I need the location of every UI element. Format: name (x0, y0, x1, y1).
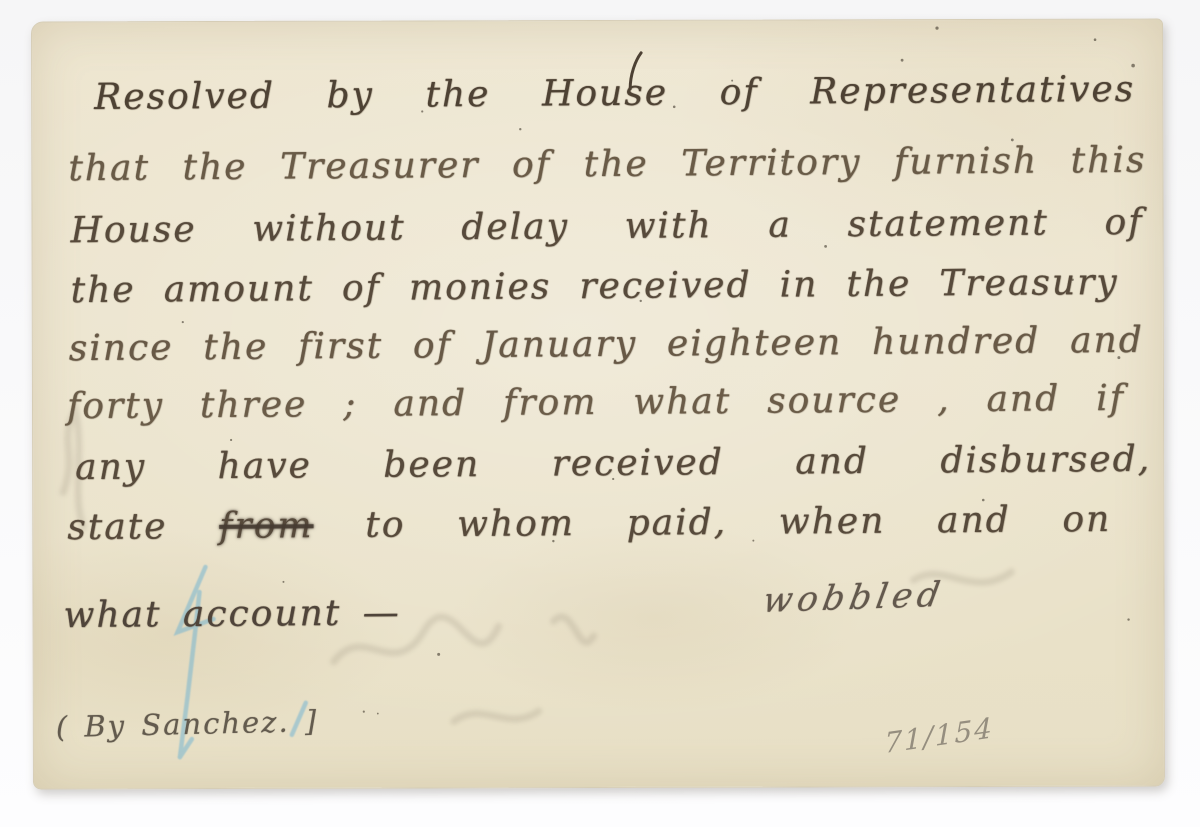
line8-word-state: state (67, 506, 168, 548)
manuscript-line-5: since the first of January eighteen hund… (69, 318, 1144, 380)
manuscript-line-8: state from to whom paid, when and on (67, 497, 1111, 559)
manuscript-line-1: Resolved by the House of Representatives (94, 67, 1135, 129)
manuscript-line-3: House without delay with a statement of (70, 200, 1143, 262)
paper-sheet: Resolved by the House of Representatives… (31, 19, 1165, 790)
closing-words: what account — (63, 592, 400, 636)
line8-remainder: to whom paid, when and on (365, 499, 1111, 546)
manuscript-line-2: that the Treasurer of the Territory furn… (68, 138, 1146, 200)
scanner-background: Resolved by the House of Representatives… (0, 0, 1200, 827)
docket-note: ( By Sanchez. ] (56, 707, 319, 742)
manuscript-line-6: forty three ; and from what source , and… (67, 376, 1125, 438)
manuscript-line-9: what account — wobbled (63, 585, 1083, 647)
signature-scrawl: wobbled (760, 578, 947, 618)
blue-pencil-mark (153, 557, 354, 778)
page-number-annotation: 71/154 (884, 714, 993, 758)
manuscript-line-4: the amount of monies received in the Tre… (71, 260, 1119, 322)
manuscript-line-7: any have been received and disbursed, (75, 437, 1151, 499)
struck-word-from: from (219, 505, 314, 547)
